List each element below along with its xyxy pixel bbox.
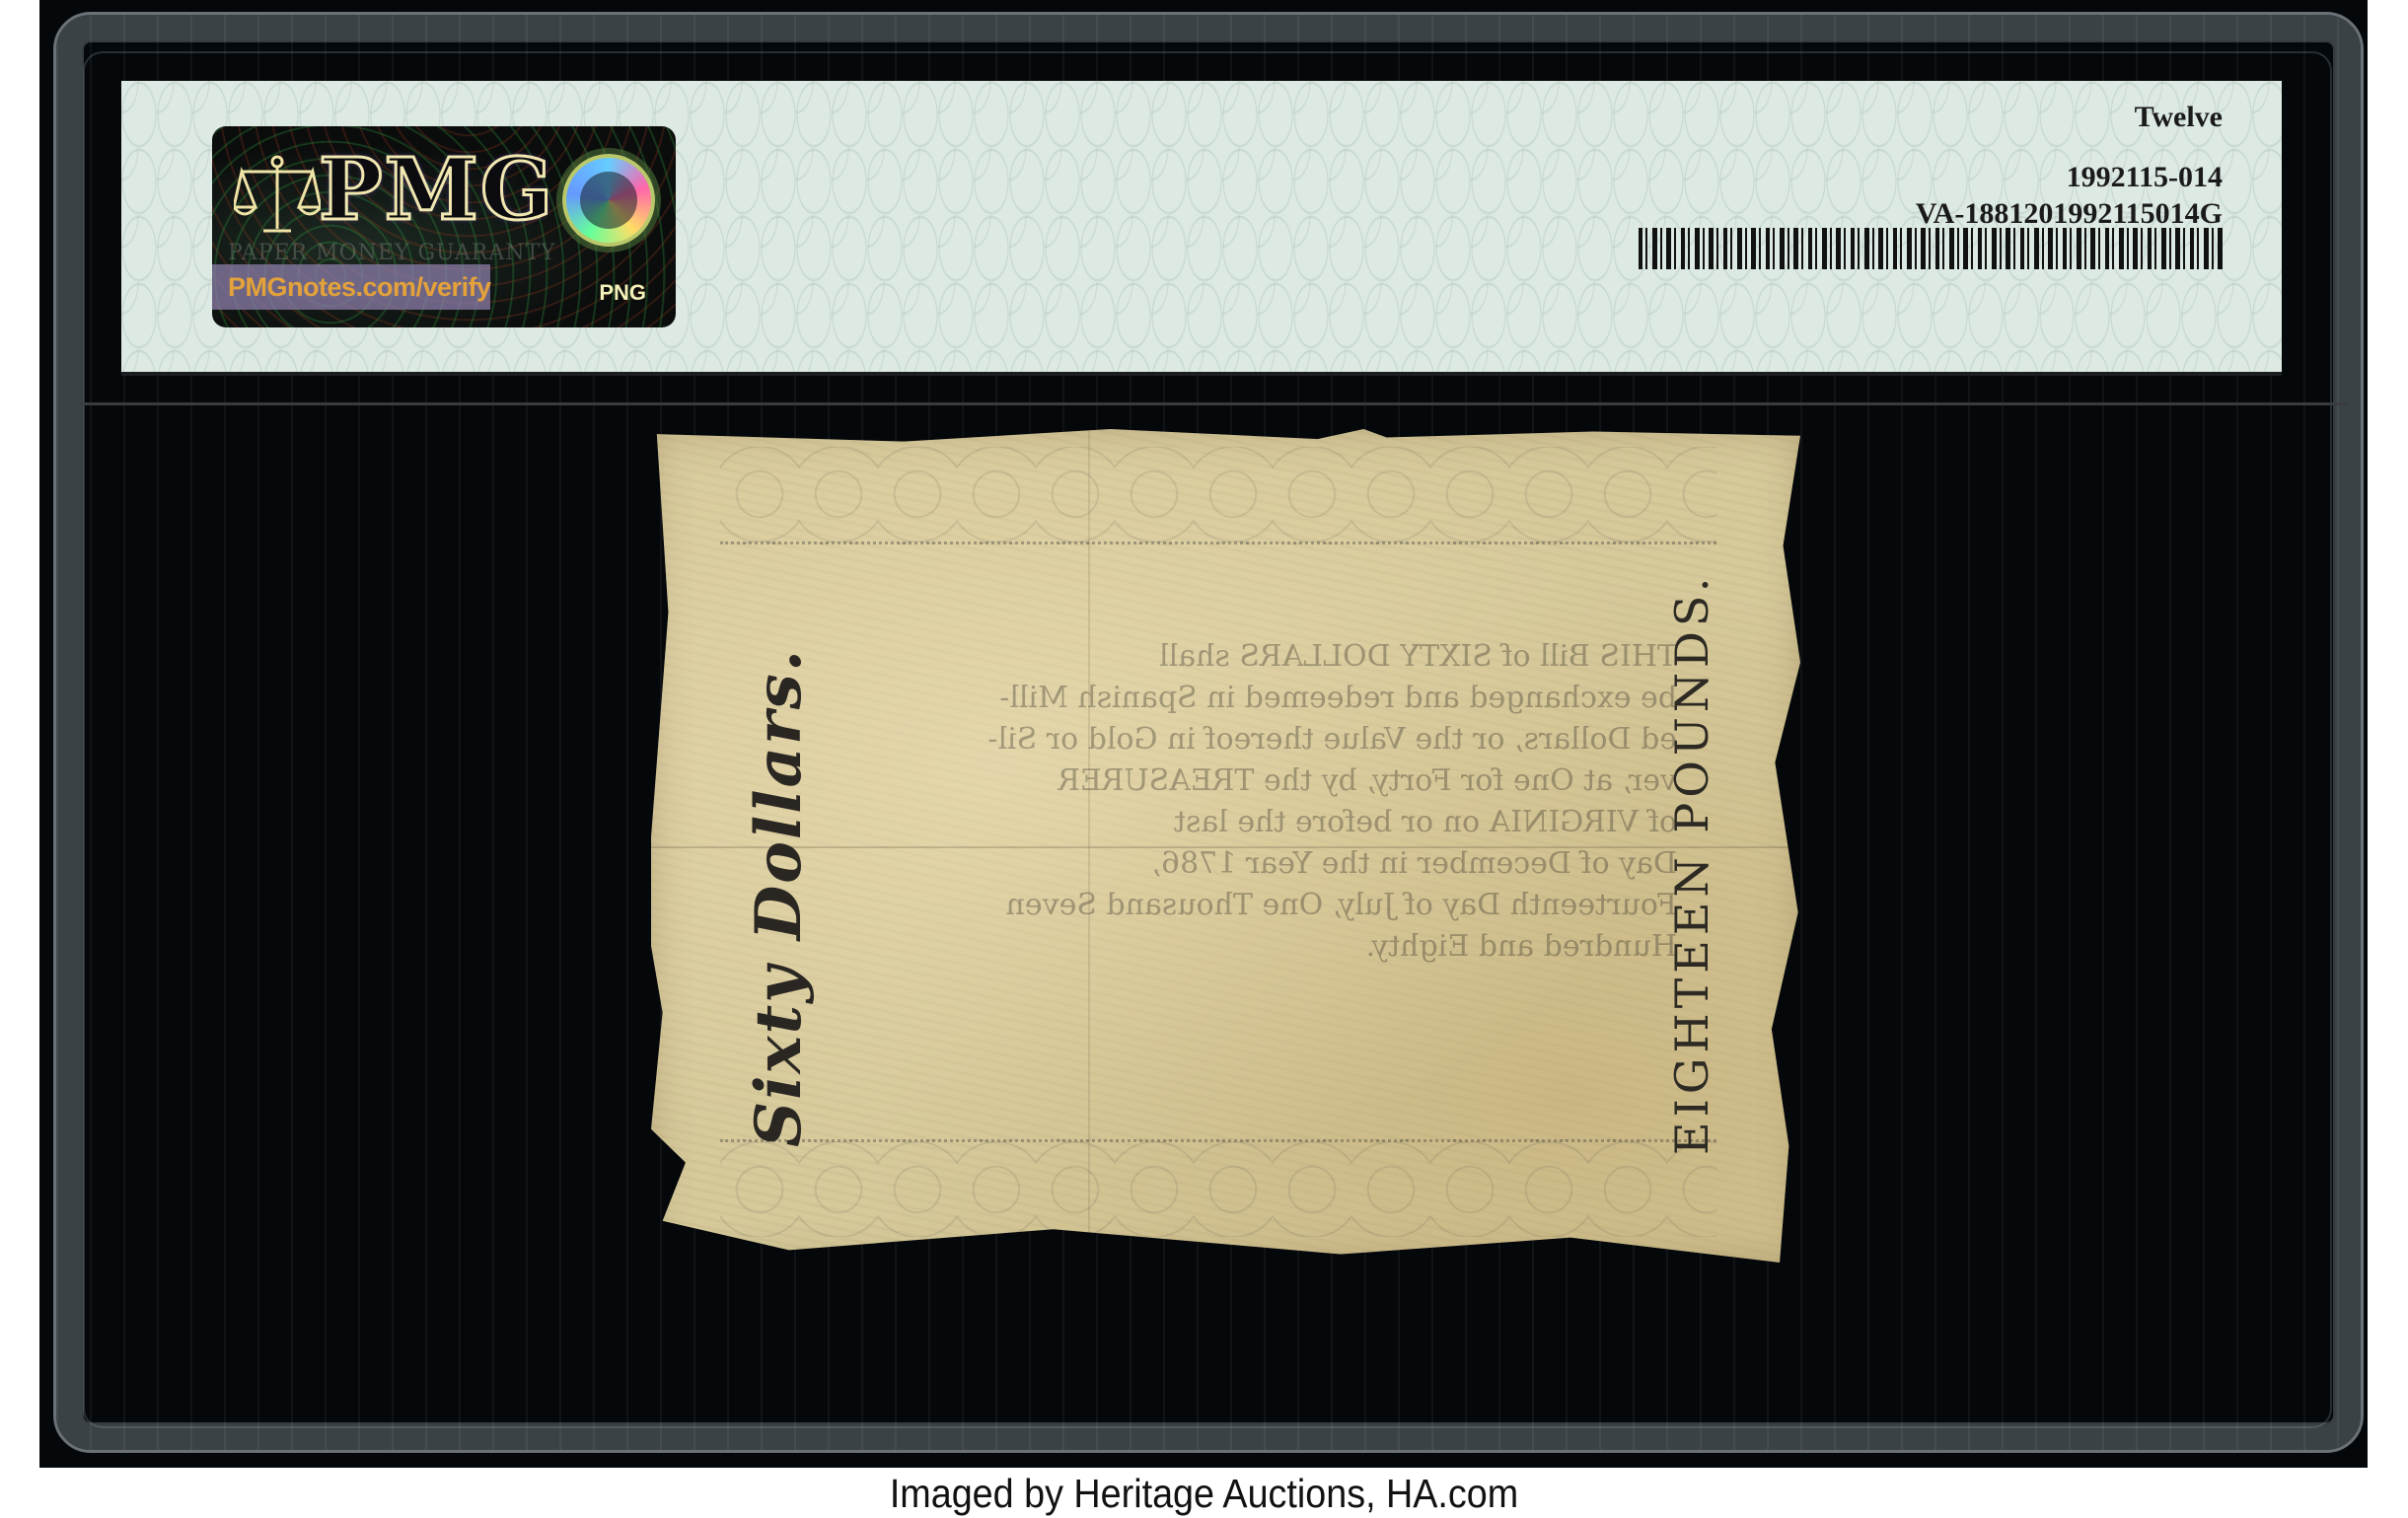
cert-number: 1992115-014 bbox=[2067, 161, 2223, 194]
image-credit: Imaged by Heritage Auctions, HA.com bbox=[97, 1470, 2312, 1518]
denomination-dollars: Sixty Dollars. bbox=[742, 648, 816, 1147]
verify-strip: PMGnotes.com/verify bbox=[212, 264, 490, 310]
grading-label: PMG PAPER MONEY GUARANTY PMGnotes.com/ve… bbox=[121, 81, 2282, 372]
banknote: THIS Bill of SIXTY DOLLARS shall be exch… bbox=[651, 429, 1800, 1263]
hologram-seal-icon bbox=[562, 154, 655, 247]
pmg-hologram-badge: PMG PAPER MONEY GUARANTY PMGnotes.com/ve… bbox=[212, 126, 676, 327]
holder-separator bbox=[79, 402, 2348, 405]
denomination-pounds: EIGHTEEN POUNDS. bbox=[1665, 573, 1718, 1155]
label-edge bbox=[121, 372, 2282, 376]
scales-of-justice-icon bbox=[234, 152, 321, 235]
serial-number: VA-1881201992115014G bbox=[1916, 197, 2223, 231]
note-show-through-text: THIS Bill of SIXTY DOLLARS shall be exch… bbox=[809, 636, 1677, 968]
png-designation: PNG bbox=[599, 280, 646, 306]
grade-text: Twelve bbox=[2135, 101, 2223, 134]
verify-url: PMGnotes.com/verify bbox=[228, 272, 491, 303]
pmg-logo: PMG bbox=[319, 148, 554, 233]
note-top-ornament bbox=[720, 447, 1716, 544]
slab-photo: PMG PAPER MONEY GUARANTY PMGnotes.com/ve… bbox=[39, 0, 2368, 1468]
badge-tagline: PAPER MONEY GUARANTY bbox=[228, 241, 556, 265]
note-bottom-ornament bbox=[720, 1139, 1716, 1237]
barcode bbox=[1639, 228, 2223, 269]
